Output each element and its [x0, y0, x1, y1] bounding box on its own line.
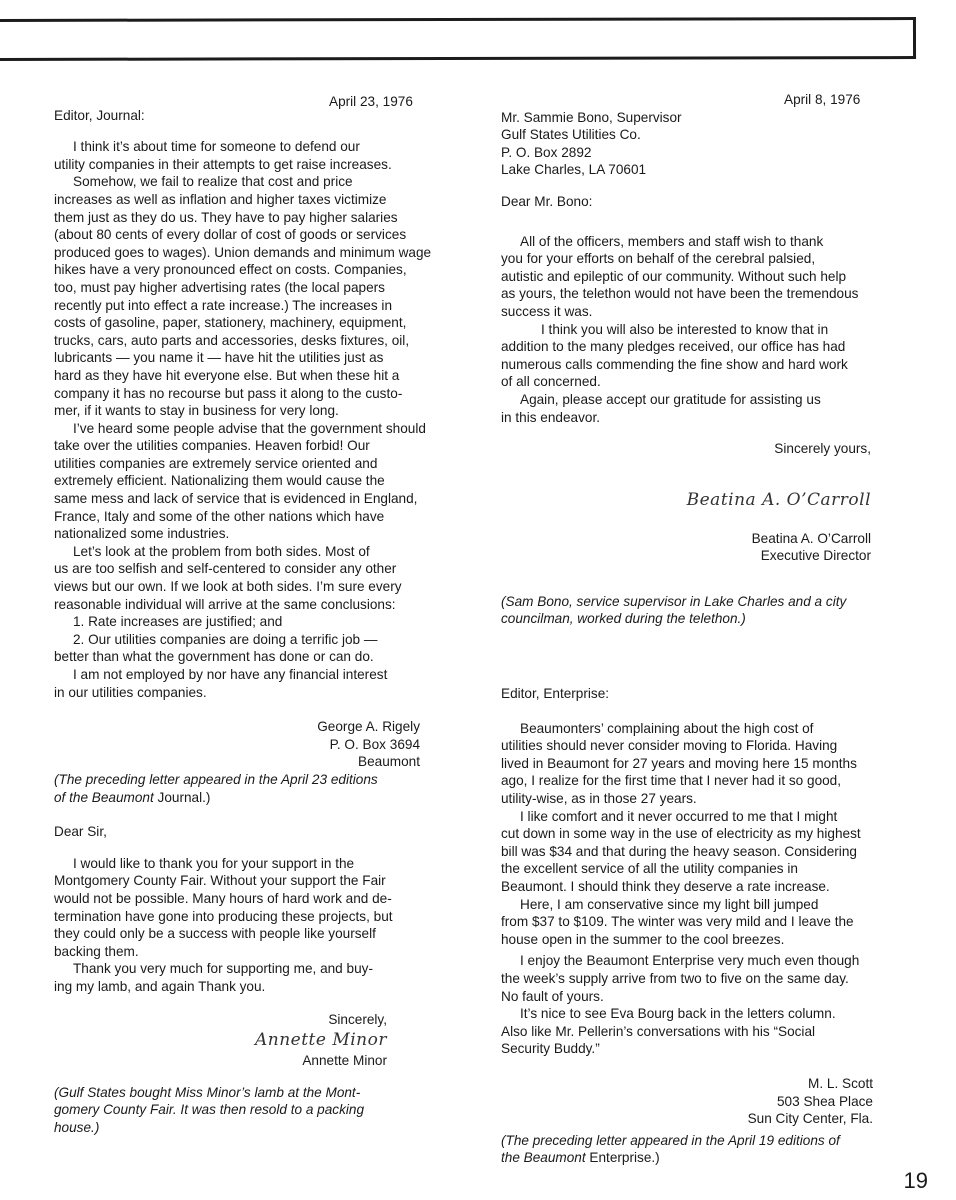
- letter-telethon: April 8, 1976 Mr. Sammie Bono, Superviso…: [501, 91, 901, 628]
- body-line: from $37 to $109. The winter was very mi…: [501, 913, 901, 931]
- body-line: in this endeavor.: [501, 409, 901, 427]
- note-line: gomery County Fair. It was then resold t…: [54, 1101, 464, 1119]
- body-line: too, must pay higher advertising rates (…: [54, 279, 464, 297]
- body-line: the excellent service of all the utility…: [501, 860, 901, 878]
- body-line: house open in the summer to the cool bre…: [501, 931, 901, 949]
- body-line: same mess and lack of service that is ev…: [54, 490, 464, 508]
- body-line: increases as well as inflation and highe…: [54, 191, 464, 209]
- body-line: hard as they have hit everyone else. But…: [54, 367, 464, 385]
- body-line: produced goes to wages). Union demands a…: [54, 244, 464, 262]
- body-line: reasonable individual will arrive at the…: [54, 596, 464, 614]
- body-line: 2. Our utilities companies are doing a t…: [54, 631, 464, 649]
- body-line: I like comfort and it never occurred to …: [501, 808, 901, 826]
- letter-body: I would like to thank you for your suppo…: [54, 855, 464, 996]
- body-line: as yours, the telethon would not have be…: [501, 285, 901, 303]
- body-line: I am not employed by nor have any financ…: [54, 666, 464, 684]
- body-line: 1. Rate increases are justified; and: [54, 613, 464, 631]
- signature-block: George A. Rigely P. O. Box 3694 Beaumont: [54, 718, 464, 771]
- body-line: I enjoy the Beaumont Enterprise very muc…: [501, 952, 901, 970]
- note-line: councilman, worked during the telethon.): [501, 610, 901, 628]
- body-line: hikes have a very pronounced effect on c…: [54, 261, 464, 279]
- closing: Sincerely,: [54, 1011, 387, 1029]
- body-line: lubricants — you name it — have hit the …: [54, 349, 464, 367]
- body-line: (about 80 cents of every dollar of cost …: [54, 226, 464, 244]
- note-italic-part: of the Beaumont: [54, 790, 154, 805]
- body-line: addition to the many pledges received, o…: [501, 338, 901, 356]
- body-line: Thank you very much for supporting me, a…: [54, 960, 464, 978]
- recipient-address: Mr. Sammie Bono, Supervisor Gulf States …: [501, 109, 901, 179]
- left-column: April 23, 1976 Editor, Journal: I think …: [54, 93, 464, 1136]
- body-line: the week’s supply arrive from two to fiv…: [501, 970, 901, 988]
- body-line: bill was $34 and that during the heavy s…: [501, 843, 901, 861]
- note-line: (The preceding letter appeared in the Ap…: [54, 771, 464, 789]
- note-roman-part: Journal.): [154, 790, 211, 805]
- body-line: they could only be a success with people…: [54, 925, 464, 943]
- body-line: Montgomery County Fair. Without your sup…: [54, 872, 464, 890]
- letter-salutation: Dear Mr. Bono:: [501, 193, 901, 211]
- right-column: April 8, 1976 Mr. Sammie Bono, Superviso…: [501, 93, 901, 1167]
- body-line: utility-wise, as in those 27 years.: [501, 790, 901, 808]
- body-line: trucks, cars, auto parts and accessories…: [54, 332, 464, 350]
- handwritten-signature: Beatina A. O’Carroll: [501, 458, 871, 530]
- body-line: ing my lamb, and again Thank you.: [54, 978, 464, 996]
- body-line: would not be possible. Many hours of har…: [54, 890, 464, 908]
- letter-body: Beaumonters’ complaining about the high …: [501, 720, 901, 1058]
- body-line: utilities should never consider moving t…: [501, 737, 901, 755]
- body-line: in our utilities companies.: [54, 684, 464, 702]
- header-banner-frame: [0, 17, 916, 61]
- body-line: I’ve heard some people advise that the g…: [54, 420, 464, 438]
- letter-body: All of the officers, members and staff w…: [501, 233, 901, 427]
- body-line: Somehow, we fail to realize that cost an…: [54, 173, 464, 191]
- note-line: of the Beaumont Journal.): [54, 789, 464, 807]
- body-line: extremely efficient. Nationalizing them …: [54, 472, 464, 490]
- letter-salutation: Editor, Enterprise:: [501, 685, 901, 703]
- signature-block: Sincerely, Annette Minor Annette Minor: [54, 1011, 464, 1070]
- body-line: All of the officers, members and staff w…: [501, 233, 901, 251]
- editor-note: (Gulf States bought Miss Minor’s lamb at…: [54, 1084, 464, 1137]
- note-line: the Beaumont Enterprise.): [501, 1149, 901, 1167]
- body-line: you for your efforts on behalf of the ce…: [501, 250, 901, 268]
- handwritten-signature: Annette Minor: [54, 1028, 387, 1052]
- editor-note: (The preceding letter appeared in the Ap…: [501, 1132, 901, 1167]
- body-line: recently put into effect a rate increase…: [54, 297, 464, 315]
- body-line: company it has no recourse but pass it a…: [54, 385, 464, 403]
- letter-fair: Dear Sir, I would like to thank you for …: [54, 823, 464, 1136]
- body-line: them just as they do us. They have to pa…: [54, 209, 464, 227]
- note-roman-part: Enterprise.): [586, 1150, 660, 1165]
- closing: Sincerely yours,: [501, 440, 871, 458]
- page-number: 19: [904, 1168, 928, 1194]
- body-line: cut down in some way in the use of elect…: [501, 825, 901, 843]
- body-line: utilities companies are extremely servic…: [54, 455, 464, 473]
- body-line: No fault of yours.: [501, 988, 901, 1006]
- body-line: backing them.: [54, 943, 464, 961]
- signer-name: Annette Minor: [54, 1052, 387, 1070]
- signer-address: P. O. Box 3694: [54, 736, 420, 754]
- body-line: termination have gone into producing the…: [54, 908, 464, 926]
- note-italic-part: the Beaumont: [501, 1150, 586, 1165]
- editor-note: (The preceding letter appeared in the Ap…: [54, 771, 464, 806]
- signature-block: M. L. Scott 503 Shea Place Sun City Cent…: [501, 1075, 901, 1128]
- address-line: P. O. Box 2892: [501, 144, 901, 162]
- body-line: autistic and epileptic of our community.…: [501, 268, 901, 286]
- signer-city: Beaumont: [54, 753, 420, 771]
- body-line: It’s nice to see Eva Bourg back in the l…: [501, 1005, 901, 1023]
- body-line: ago, I realize for the first time that I…: [501, 772, 901, 790]
- body-line: success it was.: [501, 303, 901, 321]
- editor-note: (Sam Bono, service supervisor in Lake Ch…: [501, 593, 901, 628]
- body-line: I would like to thank you for your suppo…: [54, 855, 464, 873]
- body-line: utility companies in their attempts to g…: [54, 156, 464, 174]
- letter-body: I think it’s about time for someone to d…: [54, 138, 464, 701]
- body-line: I think it’s about time for someone to d…: [54, 138, 464, 156]
- address-line: Mr. Sammie Bono, Supervisor: [501, 109, 901, 127]
- signer-name: M. L. Scott: [501, 1075, 873, 1093]
- signer-address: 503 Shea Place: [501, 1093, 873, 1111]
- letter-enterprise: Editor, Enterprise: Beaumonters’ complai…: [501, 685, 901, 1167]
- body-line: better than what the government has done…: [54, 648, 464, 666]
- letter-date: April 8, 1976: [501, 91, 901, 109]
- body-line: Beaumonters’ complaining about the high …: [501, 720, 901, 738]
- body-line: Security Buddy.”: [501, 1040, 901, 1058]
- letter-salutation: Dear Sir,: [54, 823, 464, 841]
- body-line: I think you will also be interested to k…: [501, 321, 901, 339]
- address-line: Gulf States Utilities Co.: [501, 126, 901, 144]
- note-line: house.): [54, 1119, 464, 1137]
- note-line: (Gulf States bought Miss Minor’s lamb at…: [54, 1084, 464, 1102]
- body-line: us are too selfish and self-centered to …: [54, 560, 464, 578]
- body-line: lived in Beaumont for 27 years and movin…: [501, 755, 901, 773]
- body-line: Again, please accept our gratitude for a…: [501, 391, 901, 409]
- body-line: nationalized some industries.: [54, 525, 464, 543]
- note-line: (Sam Bono, service supervisor in Lake Ch…: [501, 593, 901, 611]
- body-line: of all concerned.: [501, 373, 901, 391]
- body-line: mer, if it wants to stay in business for…: [54, 402, 464, 420]
- address-line: Lake Charles, LA 70601: [501, 161, 901, 179]
- signature-block: Sincerely yours, Beatina A. O’Carroll Be…: [501, 440, 901, 565]
- signer-title: Executive Director: [501, 547, 871, 565]
- body-line: Let’s look at the problem from both side…: [54, 543, 464, 561]
- signer-name: Beatina A. O’Carroll: [501, 530, 871, 548]
- body-line: Here, I am conservative since my light b…: [501, 896, 901, 914]
- letter-journal: April 23, 1976 Editor, Journal: I think …: [54, 93, 464, 806]
- body-line: views but our own. If we look at both si…: [54, 578, 464, 596]
- note-line: (The preceding letter appeared in the Ap…: [501, 1132, 901, 1150]
- body-line: Beaumont. I should think they deserve a …: [501, 878, 901, 896]
- body-line: numerous calls commending the fine show …: [501, 356, 901, 374]
- body-line: France, Italy and some of the other nati…: [54, 508, 464, 526]
- signer-name: George A. Rigely: [54, 718, 420, 736]
- body-line: Also like Mr. Pellerin’s conversations w…: [501, 1023, 901, 1041]
- signer-city: Sun City Center, Fla.: [501, 1110, 873, 1128]
- body-line: costs of gasoline, paper, stationery, ma…: [54, 314, 464, 332]
- body-line: take over the utilities companies. Heave…: [54, 437, 464, 455]
